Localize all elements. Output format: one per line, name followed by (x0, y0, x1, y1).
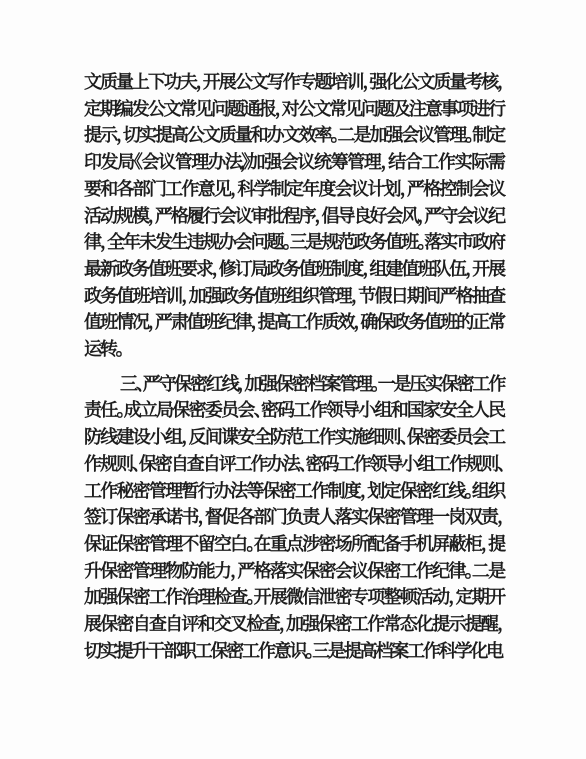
punctuation: ， (230, 179, 246, 199)
text-line: 工作秘密管理暂行办法等保密工作制度，划定保密红线。组织 (84, 478, 504, 505)
text-line: 政务值班培训，加强政务值班组织管理，节假日期间严格抽查 (84, 283, 504, 310)
text-line: 升保密管理物防能力，严格落实保密会议保密工作纪律。二是 (84, 558, 504, 585)
punctuation: ， (116, 125, 132, 145)
punctuation: ， (351, 286, 367, 306)
punctuation: ， (481, 534, 497, 554)
punctuation: ， (465, 259, 481, 279)
text-line: 责任。成立局保密委员会、密码工作领导小组和国家安全人民 (84, 397, 504, 424)
punctuation: 。 (116, 339, 132, 359)
punctuation: ， (315, 206, 331, 226)
punctuation: 、 (254, 400, 270, 420)
punctuation: ， (360, 481, 376, 501)
punctuation: ， (279, 614, 295, 634)
text-line: 保证保密管理不留空白。在重点涉密场所配备手机屏蔽柜，提 (84, 531, 504, 558)
text-line: 展保密自查自评和交叉检查，加强保密工作常态化提示提醒， (84, 611, 504, 638)
punctuation: 。 (465, 481, 481, 501)
punctuation: ， (148, 206, 164, 226)
text-line: 值班情况，严肃值班纪律，提高工作质效，确保政务值班的正常 (84, 309, 504, 336)
punctuation: 。 (371, 374, 387, 394)
punctuation: ， (400, 179, 416, 199)
punctuation: 、 (299, 454, 315, 474)
paragraph-1: 文质量上下功夫，开展公文写作专题培训，强化公文质量考核，定期编发公文常见问题通报… (84, 69, 504, 363)
punctuation: ， (212, 259, 228, 279)
punctuation: ， (417, 206, 433, 226)
punctuation: ， (198, 507, 214, 527)
document-page: 文质量上下功夫，开展公文写作专题培训，强化公文质量考核，定期编发公文常见问题通报… (0, 0, 586, 759)
text-line: 律，全年未发生违规办会问题。三是规范政务值班。落实市政府 (84, 229, 504, 256)
punctuation: ， (251, 312, 267, 332)
text-line: 印发局《会议管理办法》，加强会议统筹管理，结合工作实际需 (84, 149, 504, 176)
text-line: 活动规模，严格履行会议审批程序，倡导良好会风，严守会议纪 (84, 203, 504, 230)
punctuation: 、 (132, 454, 148, 474)
punctuation: ， (100, 232, 116, 252)
punctuation: 。 (246, 534, 262, 554)
text-line: 运转。 (84, 336, 504, 363)
text-line: 切实提升干部职工保密工作意识。三是提高档案工作科学化电 (84, 638, 504, 665)
punctuation: 。 (283, 232, 299, 252)
punctuation: ， (238, 374, 254, 394)
text-line: 作规则、保密自查自评工作办法、密码工作领导小组工作规则、 (84, 451, 504, 478)
punctuation: 。 (305, 641, 321, 661)
punctuation: ， (240, 152, 257, 172)
punctuation: 《 (125, 152, 142, 172)
punctuation: 。 (465, 561, 481, 581)
punctuation: ， (230, 561, 246, 581)
punctuation: ， (353, 312, 369, 332)
text-line: 三、严守保密红线，加强保密档案管理。一是压实保密工作 (84, 371, 504, 398)
document-text-block: 文质量上下功夫，开展公文写作专题培训，强化公文质量考核，定期编发公文常见问题通报… (84, 69, 504, 664)
punctuation: 。 (246, 587, 262, 607)
punctuation: ， (448, 587, 464, 607)
punctuation: ， (181, 286, 197, 306)
text-line: 最新政务值班要求，修订局政务值班制度，组建值班队伍，开展 (84, 256, 504, 283)
text-line: 提示，切实提高公文质量和办文效率。二是加强会议管理。制定 (84, 122, 504, 149)
text-line: 加强保密工作治理检查。开展微信泄密专项整顿活动，定期开 (84, 584, 504, 611)
punctuation: ， (381, 152, 398, 172)
punctuation: 。 (465, 125, 481, 145)
text-line: 文质量上下功夫，开展公文写作专题培训，强化公文质量考核， (84, 69, 504, 96)
punctuation: ， (181, 427, 197, 447)
punctuation: ， (148, 312, 164, 332)
punctuation: ， (497, 72, 513, 92)
punctuation: 、 (136, 374, 152, 394)
punctuation: ， (196, 72, 212, 92)
text-line: 要和各部门工作意见，科学制定年度会议计划，严格控制会议 (84, 176, 504, 203)
text-line: 签订保密承诺书，督促各部门负责人落实保密管理一岗双责， (84, 504, 504, 531)
punctuation: ， (275, 99, 291, 119)
paragraph-2: 三、严守保密红线，加强保密档案管理。一是压实保密工作责任。成立局保密委员会、密码… (84, 371, 504, 665)
text-line: 防线建设小组，反间谍安全防范工作实施细则、保密委员会工 (84, 424, 504, 451)
punctuation: ， (362, 259, 378, 279)
text-line: 定期编发公文常见问题通报，对公文常见问题及注意事项进行 (84, 96, 504, 123)
punctuation: 。 (331, 125, 347, 145)
punctuation: ， (362, 72, 378, 92)
punctuation: ， (497, 614, 513, 634)
punctuation: 。 (116, 400, 132, 420)
punctuation: 。 (417, 232, 433, 252)
punctuation: 、 (400, 427, 416, 447)
punctuation: ， (497, 507, 513, 527)
punctuation: 、 (497, 454, 513, 474)
